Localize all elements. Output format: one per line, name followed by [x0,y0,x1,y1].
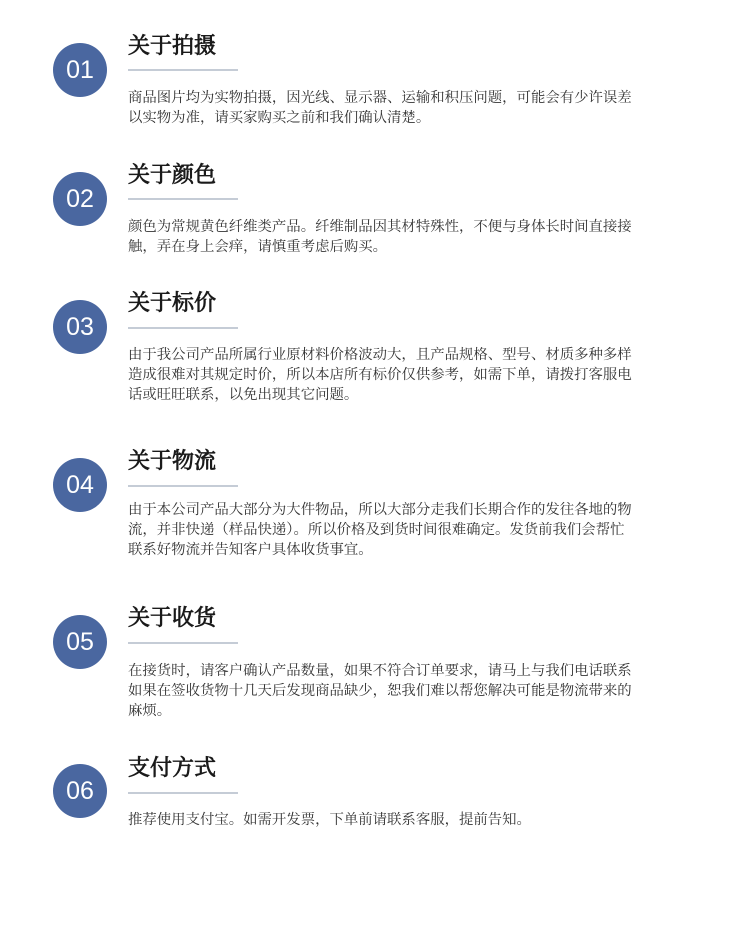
body-line: 商品图片均为实物拍摄，因光线、显示器、运输和积压问题，可能会有少许误差 [128,88,693,108]
section-title: 关于标价 [128,289,216,319]
section-body: 推荐使用支付宝。如需开发票，下单前请联系客服，提前告知。 [128,810,693,830]
section-title: 关于拍摄 [128,32,216,62]
number-badge: 05 [53,615,107,669]
body-line: 联系好物流并告知客户具体收货事宜。 [128,540,693,560]
number-badge: 01 [53,43,107,97]
section-body: 在接货时，请客户确认产品数量，如果不符合订单要求，请马上与我们电话联系 如果在签… [128,661,693,721]
number-badge: 02 [53,172,107,226]
body-line: 造成很难对其规定时价，所以本店所有标价仅供参考，如需下单，请拨打客服电 [128,365,693,385]
title-underline [128,69,238,71]
number-badge: 03 [53,300,107,354]
number-badge: 06 [53,764,107,818]
section-title: 关于物流 [128,447,216,477]
title-underline [128,792,238,794]
title-underline [128,327,238,329]
section-body: 由于我公司产品所属行业原材料价格波动大，且产品规格、型号、材质多种多样 造成很难… [128,345,693,405]
body-line: 如果在签收货物十几天后发现商品缺少，恕我们难以帮您解决可能是物流带来的 [128,681,693,701]
title-underline [128,642,238,644]
number-badge: 04 [53,458,107,512]
body-line: 流，并非快递（样品快递）。所以价格及到货时间很难确定。发货前我们会帮忙 [128,520,693,540]
body-line: 颜色为常规黄色纤维类产品。纤维制品因其材特殊性，不便与身体长时间直接接 [128,217,693,237]
body-line: 触，弄在身上会痒，请慎重考虑后购买。 [128,237,693,257]
body-line: 推荐使用支付宝。如需开发票，下单前请联系客服，提前告知。 [128,810,693,830]
body-line: 话或旺旺联系，以免出现其它问题。 [128,385,693,405]
section-title: 关于收货 [128,604,216,634]
title-underline [128,198,238,200]
title-underline [128,485,238,487]
body-line: 在接货时，请客户确认产品数量，如果不符合订单要求，请马上与我们电话联系 [128,661,693,681]
body-line: 由于我公司产品所属行业原材料价格波动大，且产品规格、型号、材质多种多样 [128,345,693,365]
section-body: 由于本公司产品大部分为大件物品，所以大部分走我们长期合作的发往各地的物 流，并非… [128,500,693,560]
section-title: 支付方式 [128,754,216,784]
body-line: 麻烦。 [128,701,693,721]
body-line: 由于本公司产品大部分为大件物品，所以大部分走我们长期合作的发往各地的物 [128,500,693,520]
section-title: 关于颜色 [128,161,216,191]
section-body: 颜色为常规黄色纤维类产品。纤维制品因其材特殊性，不便与身体长时间直接接 触，弄在… [128,217,693,257]
section-body: 商品图片均为实物拍摄，因光线、显示器、运输和积压问题，可能会有少许误差 以实物为… [128,88,693,128]
body-line: 以实物为准，请买家购买之前和我们确认清楚。 [128,108,693,128]
